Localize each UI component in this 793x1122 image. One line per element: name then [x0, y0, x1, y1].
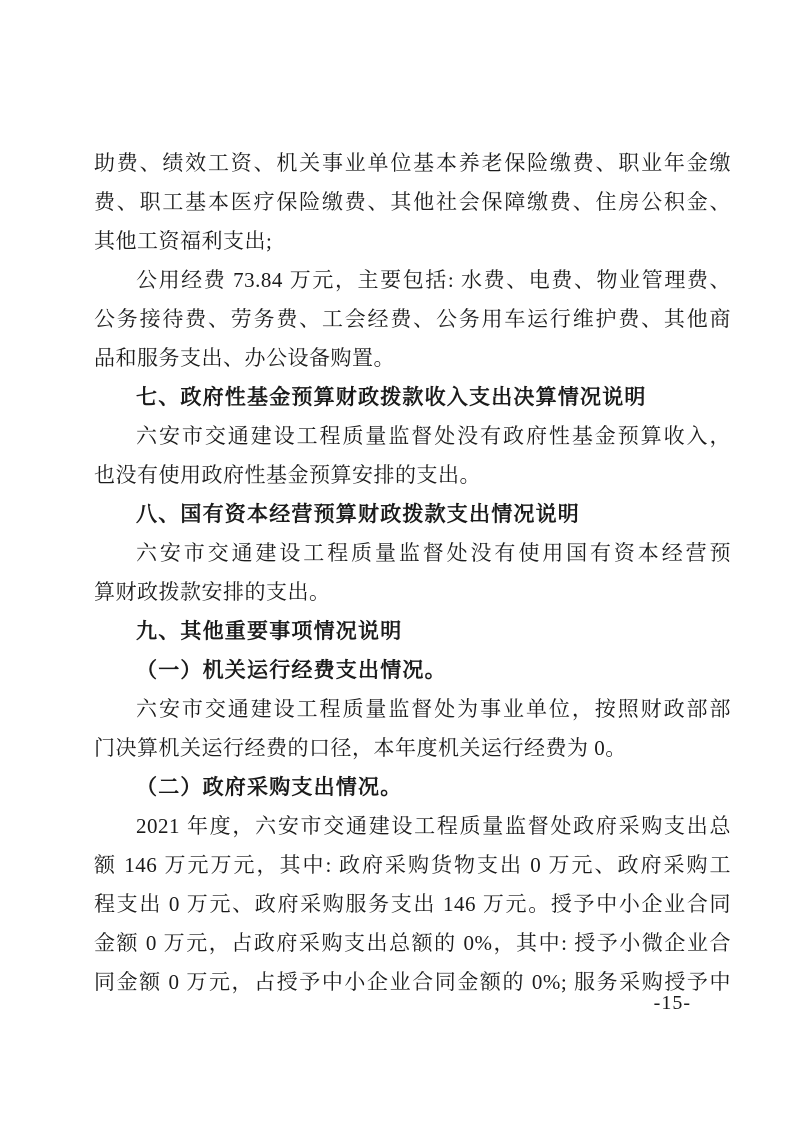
- body-text-line: 金额 0 万元，占政府采购支出总额的 0%，其中: 授予小微企业合: [94, 924, 731, 963]
- body-text-line: 助费、绩效工资、机关事业单位基本养老保险缴费、职业年金缴: [94, 144, 731, 183]
- body-text-line: 六安市交通建设工程质量监督处没有使用国有资本经营预: [94, 534, 731, 573]
- body-text-line: 其他工资福利支出;: [94, 222, 731, 261]
- section-heading-seven: 七、政府性基金预算财政拨款收入支出决算情况说明: [94, 378, 731, 417]
- page-content: 助费、绩效工资、机关事业单位基本养老保险缴费、职业年金缴 费、职工基本医疗保险缴…: [94, 144, 731, 1002]
- subsection-heading-two: （二）政府采购支出情况。: [94, 768, 731, 807]
- body-text-line: 也没有使用政府性基金预算安排的支出。: [94, 456, 731, 495]
- body-text-line: 六安市交通建设工程质量监督处为事业单位，按照财政部部: [94, 690, 731, 729]
- body-text-line: 2021 年度，六安市交通建设工程质量监督处政府采购支出总: [94, 807, 731, 846]
- body-text-line: 费、职工基本医疗保险缴费、其他社会保障缴费、住房公积金、: [94, 183, 731, 222]
- subsection-heading-one: （一）机关运行经费支出情况。: [94, 651, 731, 690]
- body-text-line: 公务接待费、劳务费、工会经费、公务用车运行维护费、其他商: [94, 300, 731, 339]
- section-heading-nine: 九、其他重要事项情况说明: [94, 612, 731, 651]
- body-text-line: 同金额 0 万元，占授予中小企业合同金额的 0%; 服务采购授予中: [94, 963, 731, 1002]
- body-text-line: 品和服务支出、办公设备购置。: [94, 339, 731, 378]
- body-text-line: 门决算机关运行经费的口径，本年度机关运行经费为 0。: [94, 729, 731, 768]
- document-page: 助费、绩效工资、机关事业单位基本养老保险缴费、职业年金缴 费、职工基本医疗保险缴…: [0, 0, 793, 1122]
- body-text-line: 六安市交通建设工程质量监督处没有政府性基金预算收入，: [94, 417, 731, 456]
- section-heading-eight: 八、国有资本经营预算财政拨款支出情况说明: [94, 495, 731, 534]
- body-text-line: 程支出 0 万元、政府采购服务支出 146 万元。授予中小企业合同: [94, 885, 731, 924]
- body-text-line: 额 146 万元万元，其中: 政府采购货物支出 0 万元、政府采购工: [94, 846, 731, 885]
- body-text-line: 算财政拨款安排的支出。: [94, 573, 731, 612]
- page-number: -15-: [654, 992, 691, 1015]
- body-text-line: 公用经费 73.84 万元，主要包括: 水费、电费、物业管理费、: [94, 261, 731, 300]
